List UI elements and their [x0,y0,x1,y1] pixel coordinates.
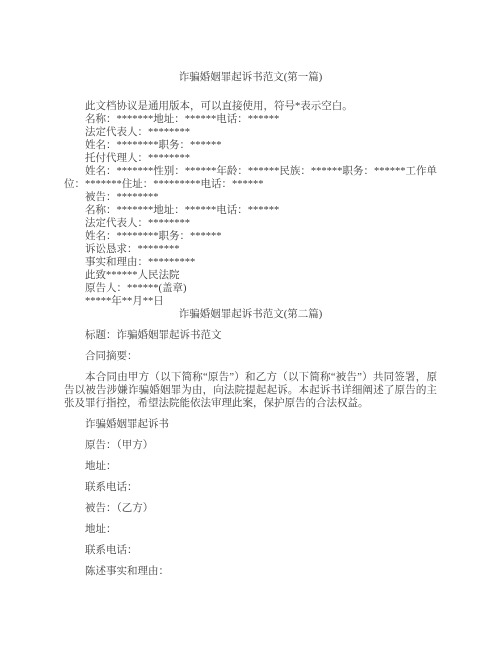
document-line: 姓名：********职务：****** [64,139,437,152]
document-line: 事实和理由：********* [64,256,437,269]
document-line: 被告：******** [64,191,437,204]
document-line: 名称：*******地址：******电话：****** [64,113,437,126]
document-line: 原告人：******(盖章) [64,282,437,295]
document-paragraph: 地址： [64,523,437,536]
document-paragraph: 联系电话： [64,481,437,494]
document-line: 法定代表人：******** [64,217,437,230]
document-paragraph: 原告：（甲方） [64,439,437,452]
section1-lines: 此文档协议是通用版本，可以直接使用，符号*表示空白。名称：*******地址：*… [64,100,437,308]
document-paragraph: 本合同由甲方（以下简称“原告”）和乙方（以下简称“被告”）共同签署，原告以被告涉… [64,371,437,410]
document-line: 诉讼恳求：******** [64,243,437,256]
document-line: *****年**月**日 [64,295,437,308]
document-line: 此文档协议是通用版本，可以直接使用，符号*表示空白。 [64,100,437,113]
document-line: 托付代理人：******** [64,152,437,165]
document-line: 姓名：*******性别：******年龄：******民族：******职务：… [64,165,437,191]
document-content: 诈骗婚姻罪起诉书范文(第一篇) 此文档协议是通用版本，可以直接使用，符号*表示空… [64,71,437,578]
section1-title: 诈骗婚姻罪起诉书范文(第一篇) [64,71,437,84]
document-paragraph: 联系电话： [64,544,437,557]
document-paragraph: 被告：（乙方） [64,502,437,515]
document-paragraph: 陈述事实和理由： [64,565,437,578]
document-line: 姓名：********职务：****** [64,230,437,243]
document-paragraph: 地址： [64,460,437,473]
document-page: 诈骗婚姻罪起诉书范文(第一篇) 此文档协议是通用版本，可以直接使用，符号*表示空… [0,0,500,647]
document-paragraph: 合同摘要： [64,350,437,363]
document-line: 此致******人民法院 [64,269,437,282]
section2-title: 诈骗婚姻罪起诉书范文(第二篇) [64,308,437,321]
section2-paragraphs: 标题：诈骗婚姻罪起诉书范文合同摘要：本合同由甲方（以下简称“原告”）和乙方（以下… [64,329,437,578]
document-line: 法定代表人：******** [64,126,437,139]
document-line: 名称：*******地址：******电话：****** [64,204,437,217]
document-paragraph: 诈骗婚姻罪起诉书 [64,418,437,431]
document-paragraph: 标题：诈骗婚姻罪起诉书范文 [64,329,437,342]
